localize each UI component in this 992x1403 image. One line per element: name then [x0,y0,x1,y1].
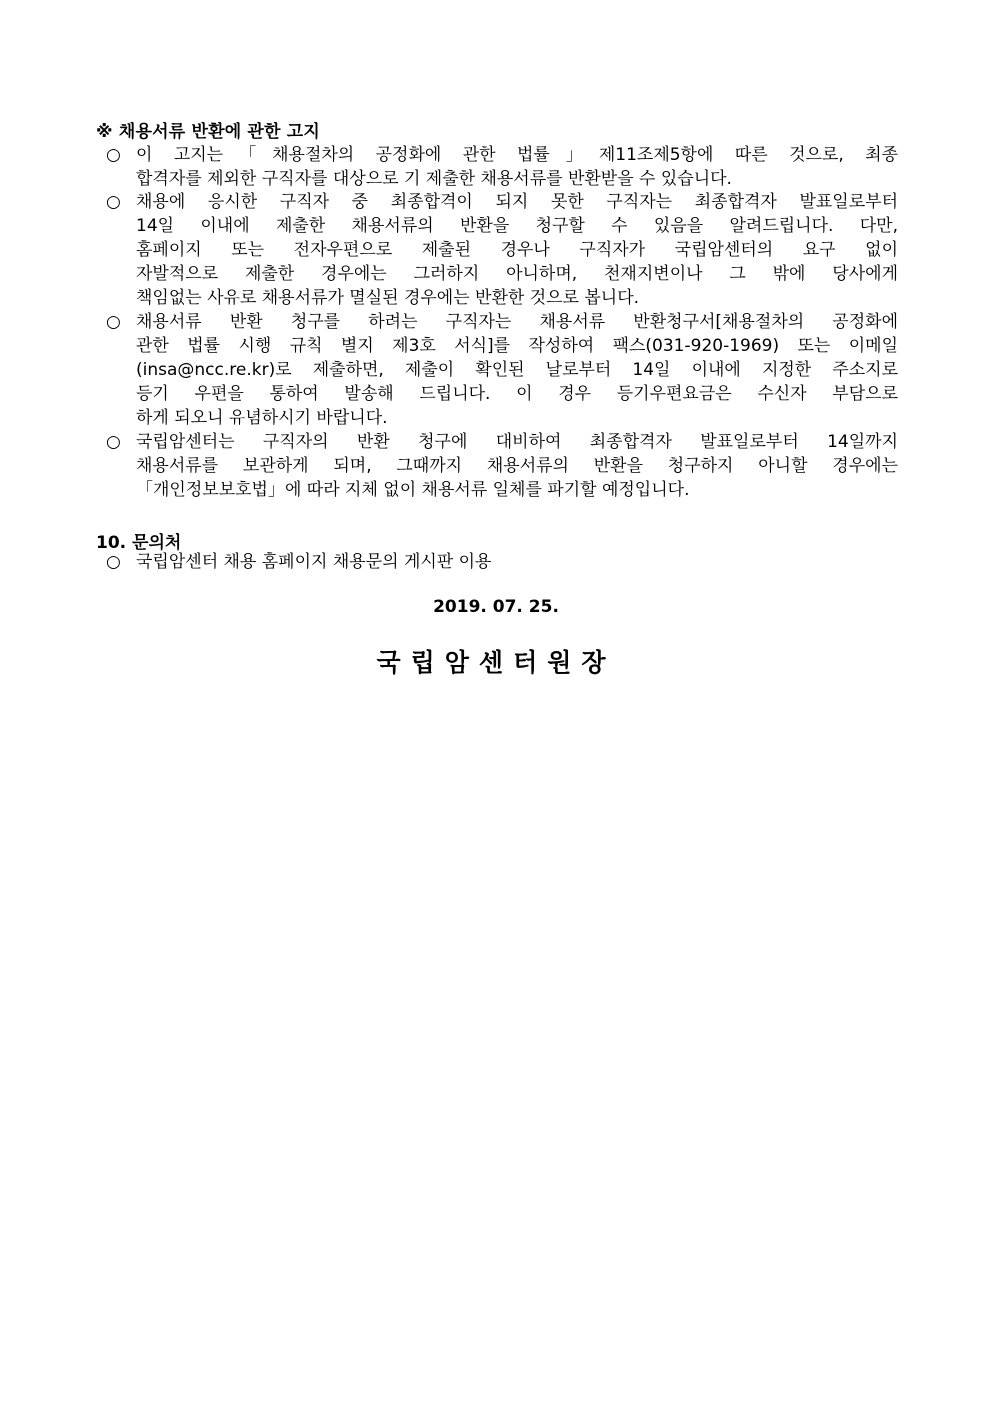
notice-line: 등기 우편을 통하여 발송해 드립니다. 이 경우 등기우편요금은 수신자 부담… [136,382,898,406]
circle-bullet-icon: ○ [106,143,128,167]
notice-line: 채용서류 반환 청구를 하려는 구직자는 채용서류 반환청구서[채용절차의 공정… [136,310,898,334]
notice-line: 자발적으로 제출한 경우에는 그러하지 아니하며, 천재지변이나 그 밖에 당사… [136,262,898,286]
notice-line: 14일 이내에 제출한 채용서류의 반환을 청구할 수 있음을 알려드립니다. … [136,214,898,238]
document-date: 2019. 07. 25. [0,597,992,617]
notice-line: 관한 법률 시행 규칙 별지 제3호 서식]를 작성하여 팩스(031-920-… [136,334,898,358]
notice-line: 「개인정보보호법」에 따라 지체 없이 채용서류 일체를 파기할 예정입니다. [136,478,898,502]
notice-line: 채용서류를 보관하게 되며, 그때까지 채용서류의 반환을 청구하지 아니할 경… [136,454,898,478]
notice-line: 책임없는 사유로 채용서류가 멸실된 경우에는 반환한 것으로 봅니다. [136,286,898,310]
notice-item: ○ 이 고지는「채용절차의 공정화에 관한 법률」제11조제5항에 따른 것으로… [106,143,898,191]
notice-line: 국립암센터는 구직자의 반환 청구에 대비하여 최종합격자 발표일로부터 14일… [136,430,898,454]
notice-item: ○ 채용에 응시한 구직자 중 최종합격이 되지 못한 구직자는 최종합격자 발… [106,190,898,310]
contact-line: 국립암센터 채용 홈페이지 채용문의 게시판 이용 [136,550,898,574]
notice-line: 합격자를 제외한 구직자를 대상으로 기 제출한 채용서류를 반환받을 수 있습… [136,167,898,191]
notice-line: 홈페이지 또는 전자우편으로 제출된 경우나 구직자가 국립암센터의 요구 없이 [136,238,898,262]
circle-bullet-icon: ○ [106,430,128,454]
signer-name: 국립암센터원장 [0,643,992,679]
notice-title: ※ 채용서류 반환에 관한 고지 [96,117,320,142]
notice-line: 채용에 응시한 구직자 중 최종합격이 되지 못한 구직자는 최종합격자 발표일… [136,190,898,214]
circle-bullet-icon: ○ [106,310,128,334]
contact-item: ○ 국립암센터 채용 홈페이지 채용문의 게시판 이용 [106,550,898,574]
circle-bullet-icon: ○ [106,550,128,574]
notice-item: ○ 채용서류 반환 청구를 하려는 구직자는 채용서류 반환청구서[채용절차의 … [106,310,898,430]
notice-line: (insa@ncc.re.kr)로 제출하면, 제출이 확인된 날로부터 14일… [136,358,898,382]
circle-bullet-icon: ○ [106,190,128,214]
notice-line: 하게 되오니 유념하시기 바랍니다. [136,406,898,430]
notice-item: ○ 국립암센터는 구직자의 반환 청구에 대비하여 최종합격자 발표일로부터 1… [106,430,898,502]
notice-line: 이 고지는「채용절차의 공정화에 관한 법률」제11조제5항에 따른 것으로, … [136,143,898,167]
